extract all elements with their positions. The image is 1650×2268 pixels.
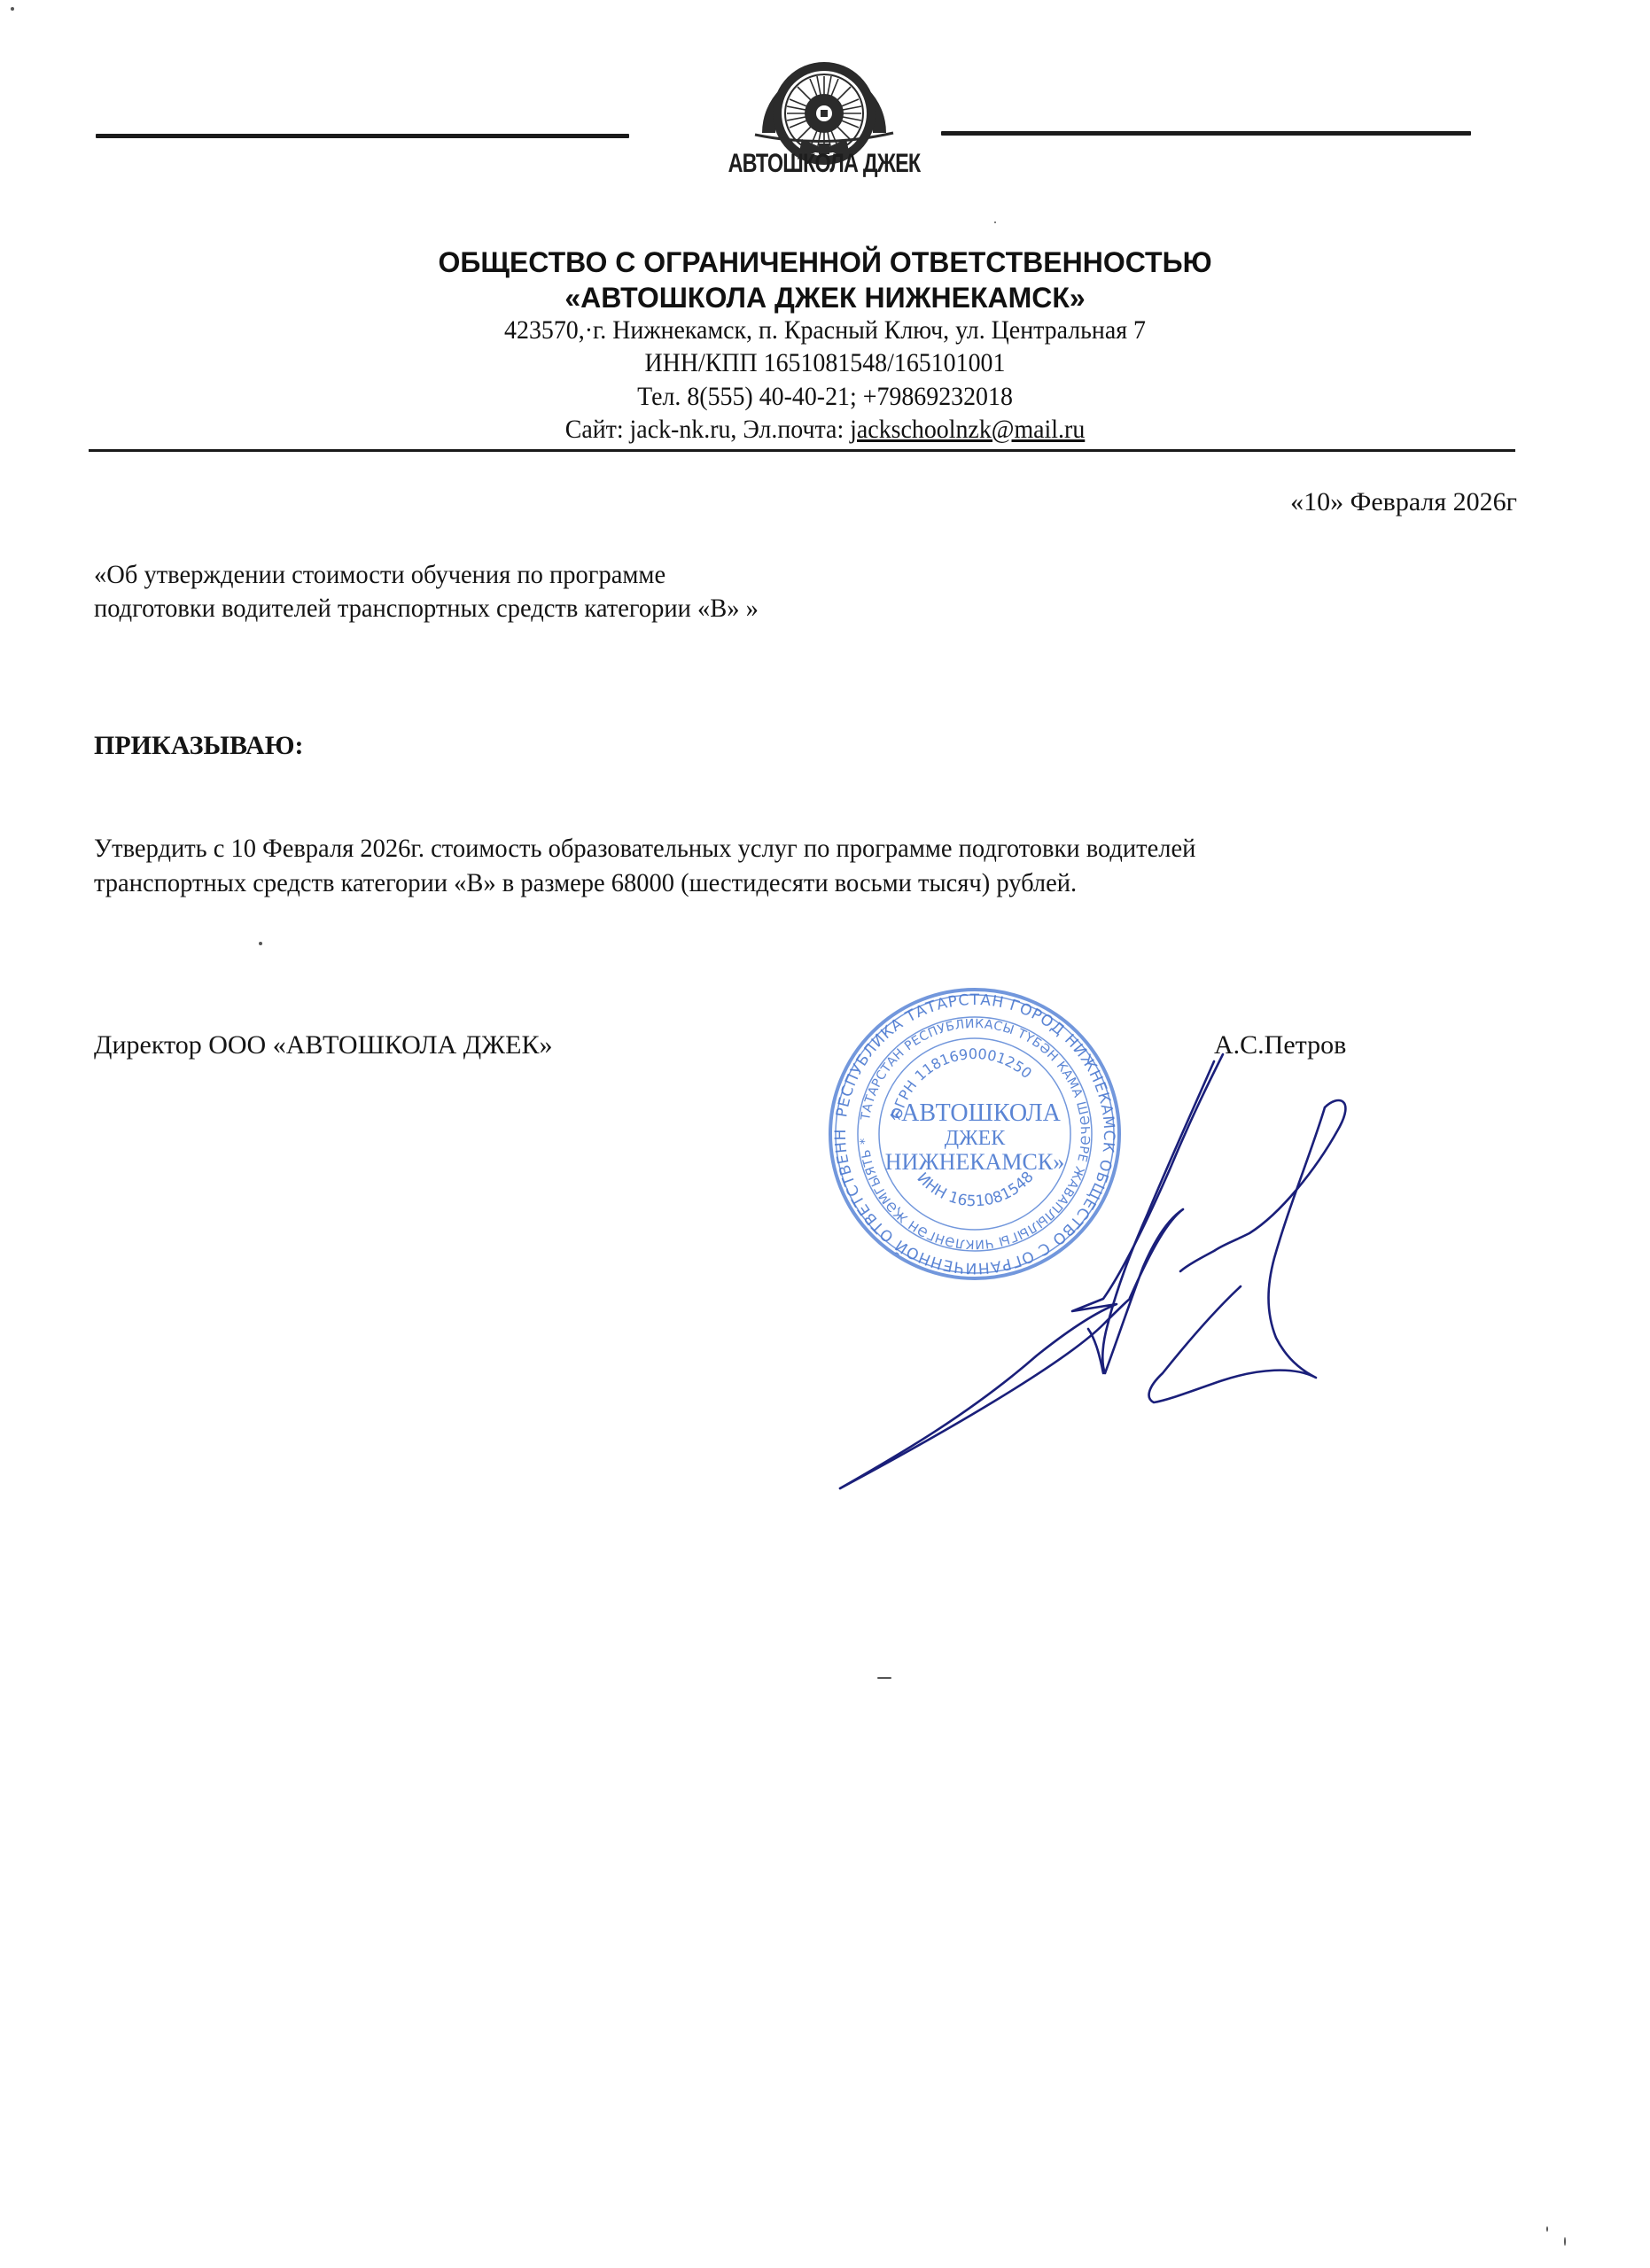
scan-speck bbox=[1546, 2226, 1548, 2232]
document-date: «10» Февраля 2026г bbox=[1290, 487, 1517, 517]
scan-speck bbox=[1564, 2237, 1566, 2246]
subject-line-1: «Об утверждении стоимости обучения по пр… bbox=[94, 558, 759, 592]
document-subject: «Об утверждении стоимости обучения по пр… bbox=[94, 558, 759, 625]
handwritten-signature bbox=[833, 1045, 1418, 1524]
org-address: 423570,·г. Нижнекамск, п. Красный Ключ, … bbox=[58, 315, 1592, 346]
org-contacts: Сайт: jack-nk.ru, Эл.почта: jackschoolnz… bbox=[58, 415, 1592, 445]
signatory-title: Директор ООО «АВТОШКОЛА ДЖЕК» bbox=[94, 1030, 553, 1060]
subject-line-2: подготовки водителей транспортных средст… bbox=[94, 592, 759, 625]
org-name: «АВТОШКОЛА ДЖЕК НИЖНЕКАМСК» bbox=[0, 282, 1650, 315]
header-divider bbox=[89, 449, 1515, 452]
org-inn-kpp: ИНН/КПП 1651081548/165101001 bbox=[58, 348, 1592, 378]
body-line-1: Утвердить с 10 Февраля 2026г. стоимость … bbox=[94, 831, 1407, 866]
letterhead-rule-left bbox=[96, 134, 629, 138]
org-type: ОБЩЕСТВО С ОГРАНИЧЕННОЙ ОТВЕТСТВЕННОСТЬЮ bbox=[0, 246, 1650, 279]
scan-speck bbox=[877, 1677, 891, 1679]
scan-speck bbox=[11, 7, 14, 11]
letterhead-rule-right bbox=[941, 131, 1471, 136]
email-link[interactable]: jackschoolnzk@mail.ru bbox=[850, 415, 1085, 444]
scan-speck bbox=[994, 221, 996, 223]
order-body: Утвердить с 10 Февраля 2026г. стоимость … bbox=[94, 831, 1407, 900]
scan-speck bbox=[259, 942, 262, 945]
site-label: Сайт: jack-nk.ru, Эл.почта: bbox=[565, 415, 850, 444]
logo-text: АВТОШКОЛА ДЖЕК bbox=[728, 149, 921, 179]
org-phone: Тел. 8(555) 40-40-21; +79869232018 bbox=[58, 382, 1592, 412]
order-heading: ПРИКАЗЫВАЮ: bbox=[94, 731, 304, 761]
body-line-2: транспортных средств категории «В» в раз… bbox=[94, 866, 1407, 900]
